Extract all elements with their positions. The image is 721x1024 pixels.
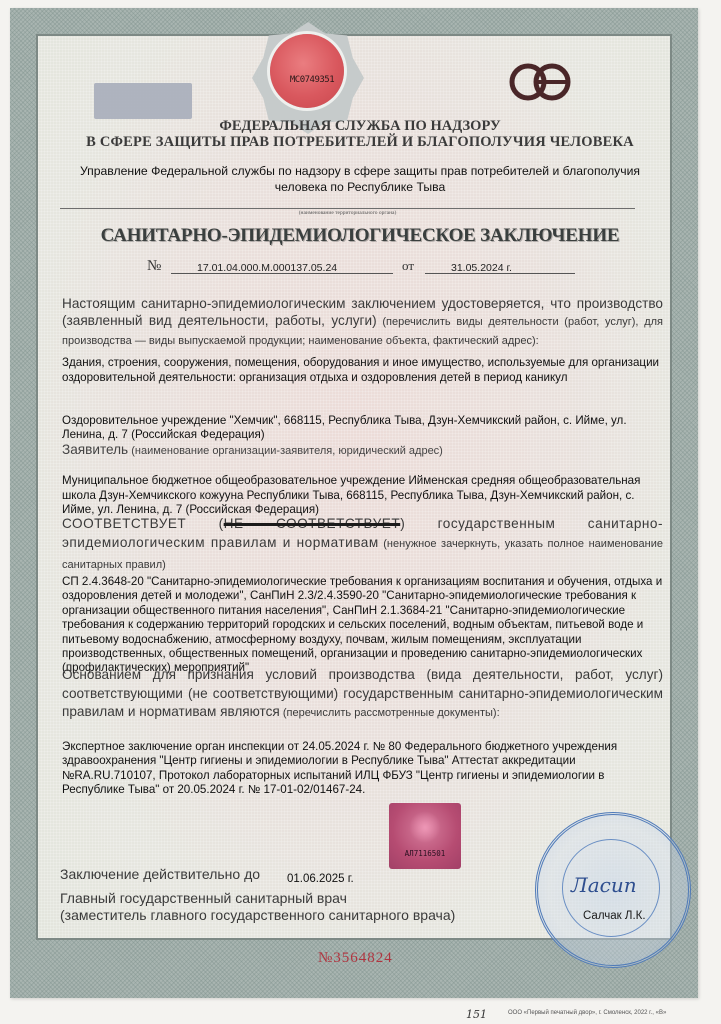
document-title: САНИТАРНО-ЭПИДЕМИОЛОГИЧЕСКОЕ ЗАКЛЮЧЕНИЕ <box>40 225 680 247</box>
signatory-title-1: Главный государственный санитарный врач <box>60 890 347 906</box>
official-stamp: Ласип <box>535 812 691 968</box>
signature: Ласип <box>571 873 637 897</box>
document-number-row: № 17.01.04.000.М.000137.05.24 от 31.05.2… <box>147 258 577 278</box>
redacted-area <box>94 83 192 119</box>
blank-serial-number: №3564824 <box>318 950 393 967</box>
activity-description: Здания, строения, сооружения, помещения,… <box>62 356 663 385</box>
basis-paragraph: Основанием для признания условий произво… <box>62 666 663 723</box>
divider <box>60 208 635 209</box>
applicant-label: Заявитель <box>62 442 128 457</box>
se-logo-icon <box>508 60 572 104</box>
handwritten-note: 151 <box>466 1008 487 1021</box>
territorial-department: Управление Федеральной службы по надзору… <box>60 163 660 195</box>
expert-documents: Экспертное заключение орган инспекции от… <box>62 740 663 798</box>
eagle-emblem-icon <box>409 811 441 843</box>
sanitary-rules: СП 2.4.3648-20 "Санитарно-эпидемиологиче… <box>62 575 663 676</box>
department-caption: (наименование территориального органа) <box>60 210 635 216</box>
validity-date: 01.06.2025 г. <box>287 873 354 885</box>
hologram-serial: АЛ7116501 <box>389 849 461 858</box>
conformity-status: СООТВЕТСТВУЕТ <box>62 516 186 531</box>
applicant-hint: (наименование организации-заявителя, юри… <box>128 445 443 457</box>
struck-option: НЕ СООТВЕТСТВУЕТ <box>224 516 401 531</box>
agency-name-line-1: ФЕДЕРАЛЬНАЯ СЛУЖБА ПО НАДЗОРУ <box>40 118 680 135</box>
conformity-paragraph: СООТВЕТСТВУЕТ (НЕ СООТВЕТСТВУЕТ) государ… <box>62 514 663 575</box>
hologram-sticker: АЛ7116501 <box>389 803 461 869</box>
red-emblem-icon <box>270 34 344 108</box>
applicant-label-row: Заявитель (наименование организации-заяв… <box>62 442 663 457</box>
number-label: № <box>147 258 161 275</box>
intro-paragraph: Настоящим санитарно-эпидемиологическим з… <box>62 295 663 350</box>
document-date: 31.05.2024 г. <box>451 262 512 274</box>
signatory-title-2: (заместитель главного государственного с… <box>60 907 455 923</box>
validity-label: Заключение действительно до <box>60 866 260 882</box>
document-number: 17.01.04.000.М.000137.05.24 <box>197 262 337 274</box>
top-seal-serial: МС0749351 <box>282 75 342 85</box>
object-address: Оздоровительное учреждение "Хемчик", 668… <box>62 414 663 443</box>
signatory-name: Салчак Л.К. <box>583 910 646 922</box>
basis-hint: (перечислить рассмотренные документы): <box>280 707 500 719</box>
date-label: от <box>402 258 414 274</box>
certificate-content: МС0749351 ФЕДЕРАЛЬНАЯ СЛУЖБА ПО НАДЗОРУ … <box>0 0 721 1024</box>
applicant-value: Муниципальное бюджетное общеобразователь… <box>62 474 663 518</box>
printer-imprint: ООО «Первый печатный двор», г. Смоленск,… <box>508 1010 666 1016</box>
agency-name-line-2: В СФЕРЕ ЗАЩИТЫ ПРАВ ПОТРЕБИТЕЛЕЙ И БЛАГО… <box>40 134 680 151</box>
